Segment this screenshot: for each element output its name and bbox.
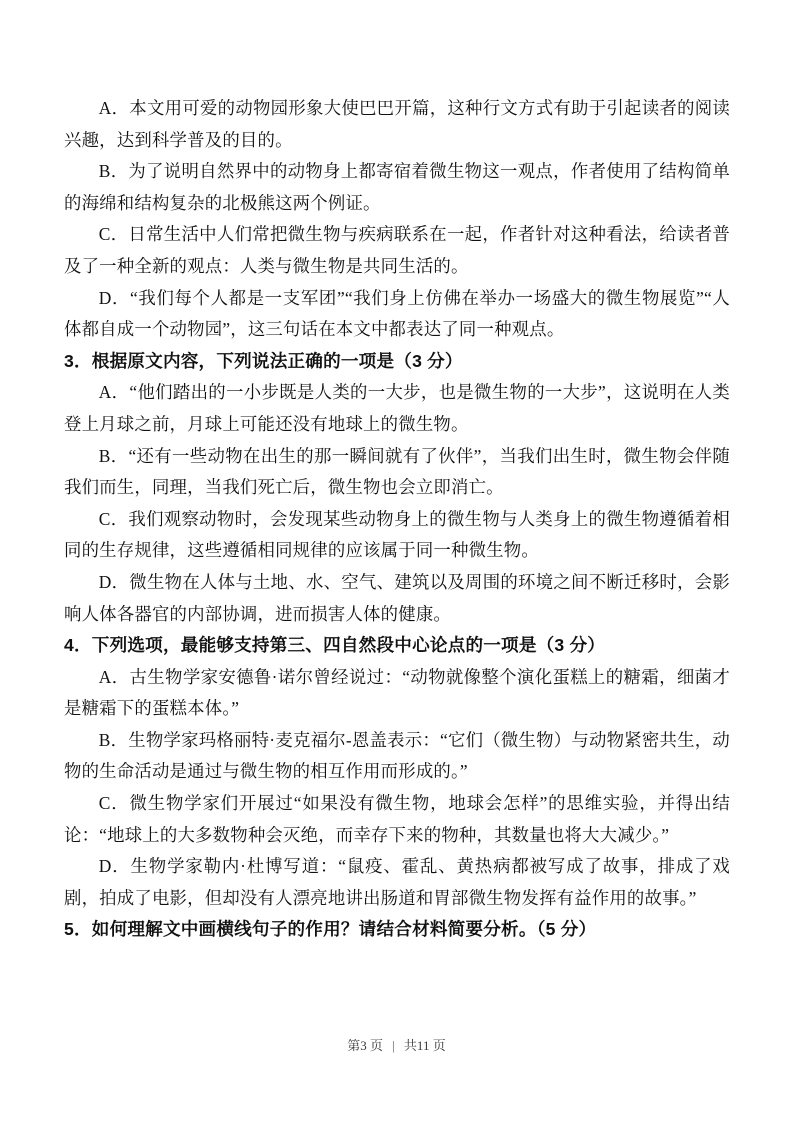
question-4-option-b: B．生物学家玛格丽特·麦克福尔-恩盖表示：“它们（微生物）与动物紧密共生，动物的… [64,725,730,788]
question-3-option-b: B．“还有一些动物在出生的那一瞬间就有了伙伴”，当我们出生时，微生物会伴随我们而… [64,441,730,504]
question-5-stem: 5．如何理解文中画横线句子的作用？请结合材料简要分析。（5 分） [64,914,730,946]
question-4-option-a: A．古生物学家安德鲁·诺尔曾经说过：“动物就像整个演化蛋糕上的糖霜，细菌才是糖霜… [64,662,730,725]
question-2-option-b: B．为了说明自然界中的动物身上都寄宿着微生物这一观点，作者使用了结构简单的海绵和… [64,156,730,219]
exam-body: A．本文用可爱的动物园形象大使巴巴开篇，这种行文方式有助于引起读者的阅读兴趣，达… [64,93,730,946]
question-4-option-d: D．生物学家勒内·杜博写道：“鼠疫、霍乱、黄热病都被写成了故事，排成了戏剧，拍成… [64,851,730,914]
question-2-option-d: D．“我们每个人都是一支军团”“我们身上仿佛在举办一场盛大的微生物展览”“人体都… [64,283,730,346]
question-3-option-d: D．微生物在人体与土地、水、空气、建筑以及周围的环境之间不断迁移时，会影响人体各… [64,567,730,630]
page-footer: 第3 页|共11 页 [0,1035,793,1054]
footer-divider: | [392,1038,395,1053]
question-3-option-a: A．“他们踏出的一小步既是人类的一大步，也是微生物的一大步”，这说明在人类登上月… [64,377,730,440]
question-4-stem: 4．下列选项，最能够支持第三、四自然段中心论点的一项是（3 分） [64,630,730,662]
question-2-option-a: A．本文用可爱的动物园形象大使巴巴开篇，这种行文方式有助于引起读者的阅读兴趣，达… [64,93,730,156]
exam-page: A．本文用可爱的动物园形象大使巴巴开篇，这种行文方式有助于引起读者的阅读兴趣，达… [0,0,793,1122]
total-pages-label: 共11 页 [404,1038,446,1053]
question-3-stem: 3．根据原文内容，下列说法正确的一项是（3 分） [64,346,730,378]
current-page-label: 第3 页 [347,1038,383,1053]
question-4-option-c: C．微生物学家们开展过“如果没有微生物，地球会怎样”的思维实验，并得出结论：“地… [64,788,730,851]
question-2-option-c: C．日常生活中人们常把微生物与疾病联系在一起，作者针对这种看法，给读者普及了一种… [64,219,730,282]
question-3-option-c: C．我们观察动物时，会发现某些动物身上的微生物与人类身上的微生物遵循着相同的生存… [64,504,730,567]
